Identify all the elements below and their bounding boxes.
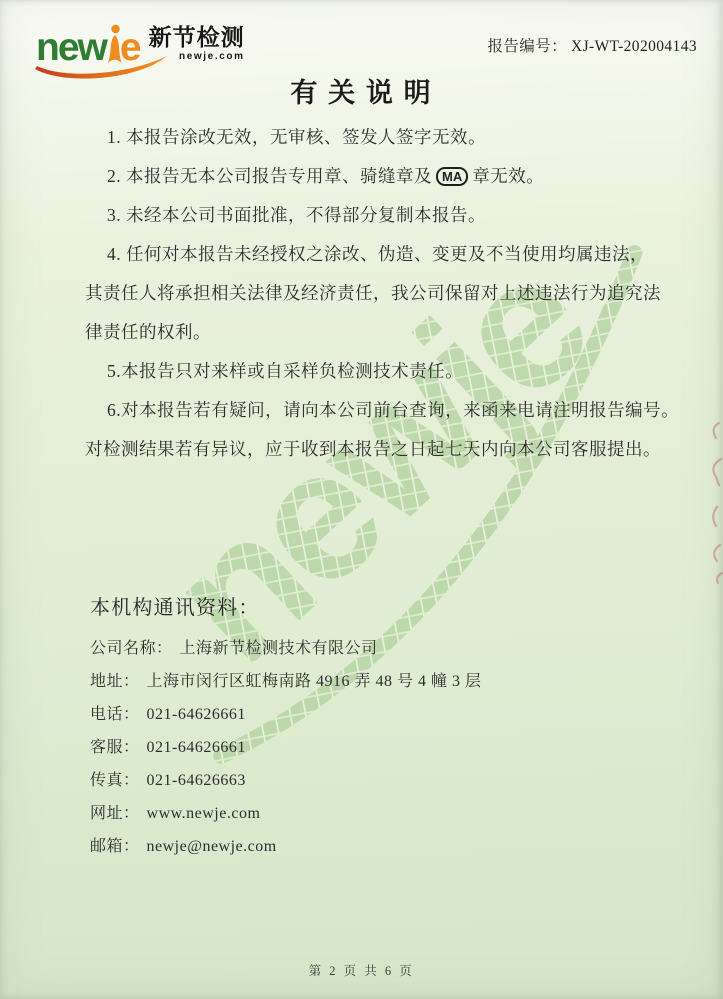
contact-value: 021-64626661 bbox=[147, 706, 246, 723]
page-header: new e bbox=[0, 0, 723, 64]
notes-list: 1. 本报告涂改无效，无审核、签发人签字无效。 2. 本报告无本公司报告专用章、… bbox=[85, 118, 668, 469]
contact-row-service: 客服：021-64626661 bbox=[90, 733, 723, 763]
report-page: newje new e bbox=[0, 0, 723, 999]
contact-row-company: 公司名称：上海新节检测技术有限公司 bbox=[90, 634, 723, 664]
contact-value: 021-64626661 bbox=[147, 739, 246, 756]
newje-logo: new e bbox=[36, 24, 245, 64]
contact-label: 电话： bbox=[90, 706, 140, 723]
note-line: 2. 本报告无本公司报告专用章、骑缝章及MA章无效。 bbox=[85, 157, 668, 196]
contact-row-address: 地址：上海市闵行区虹梅南路 4916 弄 48 号 4 幢 3 层 bbox=[90, 667, 723, 697]
contact-row-fax: 传真：021-64626663 bbox=[90, 766, 723, 796]
note-2-pre: 2. 本报告无本公司报告专用章、骑缝章及 bbox=[107, 166, 432, 186]
contact-label: 地址： bbox=[90, 673, 140, 690]
note-line: 律责任的权利。 bbox=[85, 313, 668, 352]
contact-value: newje@newje.com bbox=[147, 838, 277, 855]
note-item-1: 1. 本报告涂改无效，无审核、签发人签字无效。 bbox=[85, 118, 668, 157]
contact-value: 上海市闵行区虹梅南路 4916 弄 48 号 4 幢 3 层 bbox=[147, 673, 482, 690]
logo-cjk-name: 新节检测 bbox=[149, 26, 245, 49]
note-line: 3. 未经本公司书面批准，不得部分复制本报告。 bbox=[85, 196, 668, 235]
report-number-label: 报告编号： bbox=[488, 38, 568, 55]
page-title: 有 关 说 明 bbox=[0, 76, 723, 110]
contact-section: 本机构通讯资料： 公司名称：上海新节检测技术有限公司 地址：上海市闵行区虹梅南路… bbox=[90, 595, 723, 862]
contact-value: 021-64626663 bbox=[147, 772, 246, 789]
logo-wordmark: new e bbox=[36, 24, 142, 64]
note-line: 1. 本报告涂改无效，无审核、签发人签字无效。 bbox=[85, 118, 668, 157]
cma-badge: MA bbox=[436, 167, 468, 186]
contact-heading: 本机构通讯资料： bbox=[90, 595, 723, 621]
contact-row-phone: 电话：021-64626661 bbox=[90, 700, 723, 730]
note-item-2: 2. 本报告无本公司报告专用章、骑缝章及MA章无效。 bbox=[85, 157, 668, 196]
note-item-6: 6.对本报告若有疑问，请向本公司前台查询，来函来电请注明报告编号。 对检测结果若… bbox=[85, 391, 668, 469]
contact-label: 传真： bbox=[90, 772, 140, 789]
footer-page-number: 第 2 页 共 6 页 bbox=[0, 961, 723, 979]
logo-swoosh-icon bbox=[33, 54, 175, 80]
note-item-4: 4. 任何对本报告未经授权之涂改、伪造、变更及不当使用均属违法， 其责任人将承担… bbox=[85, 235, 668, 352]
contact-label: 客服： bbox=[90, 739, 140, 756]
note-2-post: 章无效。 bbox=[472, 166, 544, 186]
report-number: 报告编号：XJ-WT-202004143 bbox=[488, 34, 698, 56]
contact-label: 公司名称： bbox=[90, 640, 173, 657]
contact-row-website: 网址：www.newje.com bbox=[90, 799, 723, 829]
contact-label: 网址： bbox=[90, 805, 140, 822]
contact-value: 上海新节检测技术有限公司 bbox=[180, 640, 378, 657]
note-item-5: 5.本报告只对来样或自采样负检测技术责任。 bbox=[85, 352, 668, 391]
note-line: 其责任人将承担相关法律及经济责任，我公司保留对上述违法行为追究法 bbox=[85, 274, 668, 313]
note-line: 4. 任何对本报告未经授权之涂改、伪造、变更及不当使用均属违法， bbox=[85, 235, 668, 274]
note-item-3: 3. 未经本公司书面批准，不得部分复制本报告。 bbox=[85, 196, 668, 235]
note-line: 6.对本报告若有疑问，请向本公司前台查询，来函来电请注明报告编号。 bbox=[85, 391, 668, 430]
contact-value: www.newje.com bbox=[147, 805, 261, 822]
note-line: 5.本报告只对来样或自采样负检测技术责任。 bbox=[85, 352, 668, 391]
report-number-value: XJ-WT-202004143 bbox=[571, 38, 697, 55]
contact-row-email: 邮箱：newje@newje.com bbox=[90, 832, 723, 862]
note-line: 对检测结果若有异议，应于收到本报告之日起七天内向本公司客服提出。 bbox=[85, 430, 668, 469]
contact-label: 邮箱： bbox=[90, 838, 140, 855]
